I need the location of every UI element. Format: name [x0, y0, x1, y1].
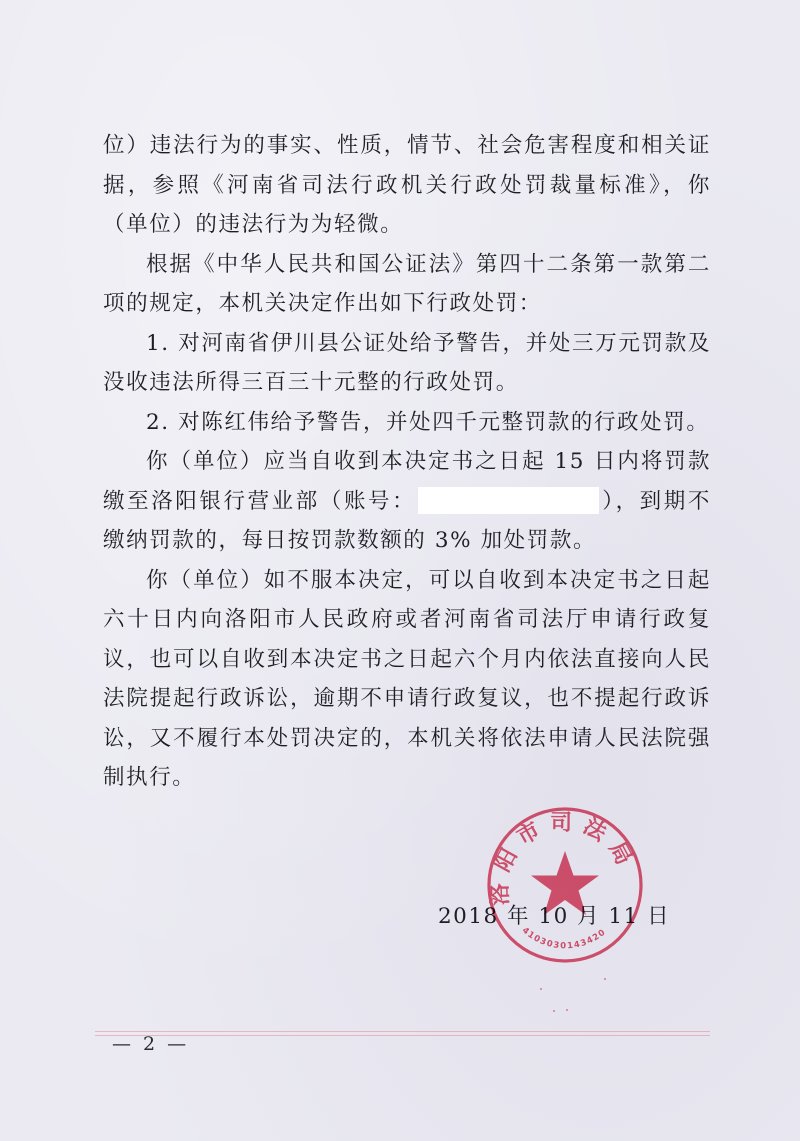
page-number: — 2 —: [112, 1033, 189, 1055]
paragraph-penalty-item-1: 1. 对河南省伊川县公证处给予警告，并处三万元罚款及没收违法所得三百三十元整的行…: [103, 324, 711, 403]
ink-speck: [566, 1009, 568, 1011]
redacted-account-number: [418, 487, 599, 514]
seal-number: 4103030143420: [520, 926, 608, 952]
paragraph-legal-basis: 根据《中华人民共和国公证法》第四十二条第一款第二项的规定，本机关决定作出如下行政…: [103, 245, 711, 324]
ink-speck: [604, 978, 606, 980]
ink-speck: [540, 988, 542, 990]
document-page: 位）违法行为的事实、性质，情节、社会危害程度和相关证据，参照《河南省司法行政机关…: [0, 0, 800, 1141]
document-body: 位）违法行为的事实、性质，情节、社会危害程度和相关证据，参照《河南省司法行政机关…: [103, 126, 711, 798]
footer-rule-top: [95, 1031, 710, 1032]
paragraph-payment-instructions: 你（单位）应当自收到本决定书之日起 15 日内将罚款缴至洛阳银行营业部（账号：）…: [103, 442, 711, 561]
ink-speck: [553, 1010, 555, 1012]
official-seal: 洛阳市司法局 4103030143420: [485, 805, 645, 965]
paragraph-penalty-item-2: 2. 对陈红伟给予警告，并处四千元整罚款的行政处罚。: [103, 403, 711, 443]
star-icon: [531, 851, 599, 915]
paragraph-appeal-rights: 你（单位）如不服本决定，可以自收到本决定书之日起六十日内向洛阳市人民政府或者河南…: [103, 561, 711, 798]
paragraph-violation-assessment: 位）违法行为的事实、性质，情节、社会危害程度和相关证据，参照《河南省司法行政机关…: [103, 126, 711, 245]
